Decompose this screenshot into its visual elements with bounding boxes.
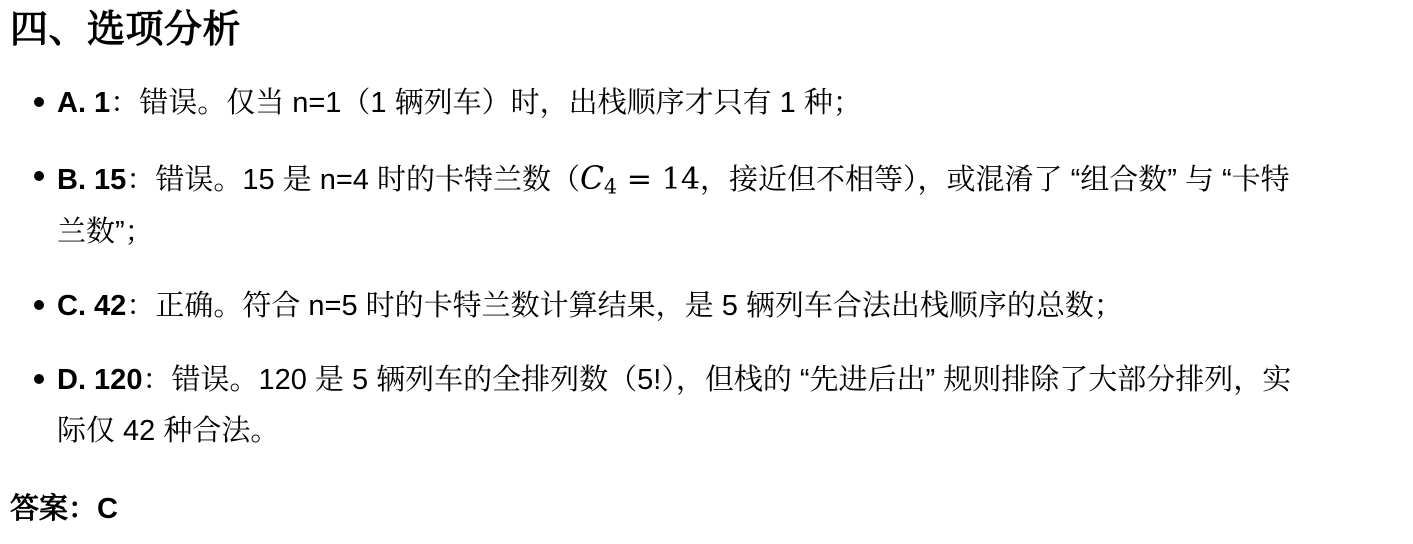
text-segment: ：错误。15 是 n=4 时的卡特兰数（	[126, 164, 580, 196]
section-heading: 四、选项分析	[10, 8, 1298, 54]
text-segment: B. 15	[57, 164, 126, 196]
text-segment: ：错误。120 是 5 辆列车的全排列数（5!），但栈的 “先进后出” 规则排除…	[57, 364, 1291, 446]
option-d: D. 120：错误。120 是 5 辆列车的全排列数（5!），但栈的 “先进后出…	[10, 355, 1298, 456]
text-segment: 4	[604, 175, 617, 199]
text-segment: D. 120	[57, 364, 142, 396]
answer-explanation-document: 四、选项分析 A. 1：错误。仅当 n=1（1 辆列车）时，出栈顺序才只有 1 …	[0, 0, 1413, 544]
text-segment: ：正确。符合 n=5 时的卡特兰数计算结果，是 5 辆列车合法出栈顺序的总数；	[126, 290, 1123, 322]
text-segment: C	[580, 161, 604, 197]
text-segment: = 14	[617, 162, 700, 197]
answer-label: 答案：	[10, 493, 97, 525]
option-a: A. 1：错误。仅当 n=1（1 辆列车）时，出栈顺序才只有 1 种；	[10, 78, 1298, 128]
option-b: B. 15：错误。15 是 n=4 时的卡特兰数（C4 = 14，接近但不相等）…	[10, 152, 1298, 257]
option-c: C. 42：正确。符合 n=5 时的卡特兰数计算结果，是 5 辆列车合法出栈顺序…	[10, 281, 1298, 331]
text-segment: ：错误。仅当 n=1（1 辆列车）时，出栈顺序才只有 1 种；	[110, 87, 862, 119]
text-segment: A. 1	[57, 87, 110, 119]
answer-value: C	[97, 493, 118, 525]
text-segment: C. 42	[57, 290, 126, 322]
options-list: A. 1：错误。仅当 n=1（1 辆列车）时，出栈顺序才只有 1 种；B. 15…	[10, 78, 1298, 457]
answer-line: 答案：C	[10, 488, 1298, 532]
